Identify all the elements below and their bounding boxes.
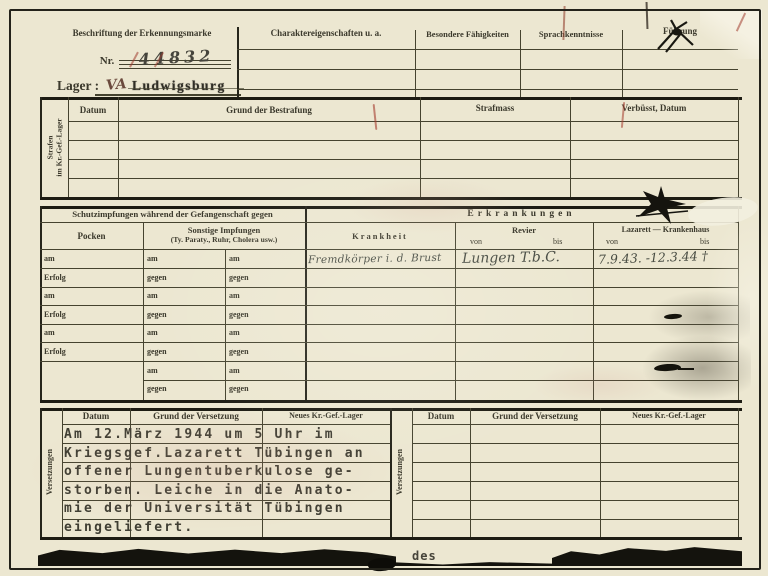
revier-bis-label: bis — [553, 238, 562, 246]
vers-header-datum: Datum — [62, 412, 130, 422]
rule-line — [237, 69, 738, 70]
rule-line — [412, 424, 738, 425]
vers-header-datum: Datum — [412, 412, 470, 422]
typed-death-note-line: offener Lungentuberkulose ge- — [64, 463, 365, 482]
rule-line — [68, 178, 738, 179]
fragment-text: des — [412, 549, 437, 563]
entry-lazarett-dates: 7.9.43. -12.3.44 † — [598, 248, 708, 267]
rule-line — [412, 462, 738, 463]
table-border — [40, 408, 42, 537]
redaction-strip-right — [552, 545, 742, 566]
revier-von-label: von — [470, 238, 482, 246]
col-header-sonstige-line1: Sonstige Impfungen — [143, 226, 305, 235]
impf-row-label: Erfolg — [44, 311, 66, 319]
rule-line — [40, 305, 738, 306]
ink-blob — [367, 557, 396, 572]
rule-line — [40, 324, 738, 325]
crease-patch — [700, 9, 762, 59]
impf-row-label: am — [229, 367, 240, 375]
impf-row-label: am — [229, 329, 240, 337]
col-header-krankheit: Krankheit — [305, 232, 455, 241]
rule-line — [68, 159, 738, 160]
lager-hand-value: VA — [105, 76, 127, 94]
divider-line — [143, 222, 144, 401]
impfungen-title: Schutzimpfungen während der Gefangenscha… — [40, 210, 305, 220]
col-header-pocken: Pocken — [40, 232, 143, 242]
stamp-strike-line — [128, 88, 244, 89]
redaction-strip-left — [38, 547, 396, 566]
vers-header-grund: Grund der Versetzung — [130, 412, 262, 422]
impf-row-label: am — [147, 367, 158, 375]
impf-row-label: am — [147, 255, 158, 263]
ink-blot-star — [634, 184, 692, 226]
section-border — [40, 400, 742, 403]
rule-line — [40, 361, 738, 362]
col-header-lazarett: Lazarett — Krankenhaus — [593, 226, 738, 235]
rule-line — [68, 140, 738, 141]
strafen-side-label-line2: im Kr.-Gef.-Lager — [55, 105, 64, 191]
impf-row-label: gegen — [229, 385, 249, 393]
impf-row-label: am — [229, 292, 240, 300]
divider-line — [415, 30, 416, 98]
nr-value: 44832 — [124, 45, 230, 69]
strafen-side-label: Strafen im Kr.-Gef.-Lager — [46, 105, 63, 191]
rule-line — [412, 481, 738, 482]
lazarett-bis-label: bis — [700, 238, 709, 246]
impf-row-label: am — [44, 329, 55, 337]
typed-death-note: Am 12.März 1944 um 5 Uhr im Kriegsgef.La… — [64, 426, 365, 538]
divider-line — [455, 222, 456, 401]
col-header-besondere-faehigkeiten: Besondere Fähigkeiten — [415, 30, 520, 39]
col-header-sonstige-line2: (Ty. Paraty., Ruhr, Cholera usw.) — [143, 236, 305, 244]
col-header-charaktereigenschaften: Charaktereigenschaften u. a. — [237, 29, 415, 39]
impf-row-label: am — [44, 292, 55, 300]
rule-line — [40, 222, 305, 223]
rule-line — [62, 424, 390, 425]
vers-header-grund: Grund der Versetzung — [470, 412, 600, 422]
vers-header-neues: Neues Kr.-Gef.-Lager — [600, 412, 738, 421]
lager-underline — [95, 94, 241, 96]
impf-row-label: am — [147, 329, 158, 337]
table-border — [738, 206, 739, 401]
erkennungsmarke-label: Beschriftung der Erkennungsmarke — [52, 29, 232, 39]
entry-krankheit: Fremdkörper i. d. Brust — [308, 252, 442, 266]
entry-revier: Lungen T.b.C. — [462, 249, 560, 267]
rule-line — [412, 500, 738, 501]
strafen-header-verbuesst: Verbüsst, Datum — [570, 104, 738, 114]
lager-stamp-value: Ludwigsburg — [132, 78, 226, 94]
rule-line — [412, 443, 738, 444]
strafen-header-strafmass: Strafmass — [420, 104, 570, 114]
rule-line — [68, 121, 738, 122]
impf-row-label: am — [44, 255, 55, 263]
impf-row-label: gegen — [147, 385, 167, 393]
lager-label: Lager : — [57, 79, 107, 94]
rule-line — [40, 342, 738, 343]
nr-label: Nr. — [96, 55, 118, 67]
impf-row-label: gegen — [147, 348, 167, 356]
lazarett-von-label: von — [606, 238, 618, 246]
strafen-side-label-line1: Strafen — [46, 105, 55, 191]
impf-row-label: gegen — [147, 311, 167, 319]
strafen-header-datum: Datum — [68, 106, 118, 116]
ink-mark — [646, 2, 649, 29]
versetzungen-side-label: Versetzungen — [395, 427, 407, 517]
vers-header-neues: Neues Kr.-Gef.-Lager — [262, 412, 390, 421]
versetzungen-side-label: Versetzungen — [45, 427, 57, 517]
divider-line — [520, 30, 521, 98]
typed-death-note-line: Kriegsgef.Lazarett Tübingen an — [64, 445, 365, 464]
col-header-revier: Revier — [455, 226, 593, 235]
table-border — [40, 97, 42, 198]
impf-row-label: gegen — [229, 274, 249, 282]
rule-line — [412, 519, 738, 520]
divider-line — [225, 249, 226, 401]
divider-line — [62, 408, 63, 537]
table-border — [738, 97, 739, 198]
rule-line — [40, 287, 738, 288]
table-border — [738, 408, 739, 537]
rule-line — [40, 268, 738, 269]
divider-line — [412, 408, 413, 537]
typed-death-note-line: storben. Leiche in die Anato- — [64, 482, 365, 501]
typed-death-note-line: Am 12.März 1944 um 5 Uhr im — [64, 426, 365, 445]
divider-line — [593, 222, 594, 401]
rule-line — [237, 89, 738, 90]
section-border — [40, 97, 742, 100]
col-header-sprachkenntnisse: Sprachkenntnisse — [520, 30, 622, 39]
impf-row-label: Erfolg — [44, 348, 66, 356]
divider-line — [622, 30, 623, 98]
divider-line — [600, 408, 601, 537]
impf-row-label: gegen — [229, 311, 249, 319]
pow-record-card: Beschriftung der Erkennungsmarke Nr. 448… — [0, 0, 768, 576]
impf-row-label: am — [229, 255, 240, 263]
ink-mark — [678, 368, 694, 370]
ink-mark — [664, 313, 682, 319]
typed-death-note-line: mie der Universität Tübingen — [64, 500, 365, 519]
impf-row-label: Erfolg — [44, 274, 66, 282]
rule-line — [143, 380, 738, 381]
typed-death-note-line: eingeliefert. — [64, 519, 365, 538]
divider-line — [390, 408, 392, 537]
ink-blot-fuehrung — [652, 18, 700, 54]
impf-row-label: gegen — [147, 274, 167, 282]
divider-line — [470, 408, 471, 537]
impf-row-label: gegen — [229, 348, 249, 356]
impf-row-label: am — [147, 292, 158, 300]
